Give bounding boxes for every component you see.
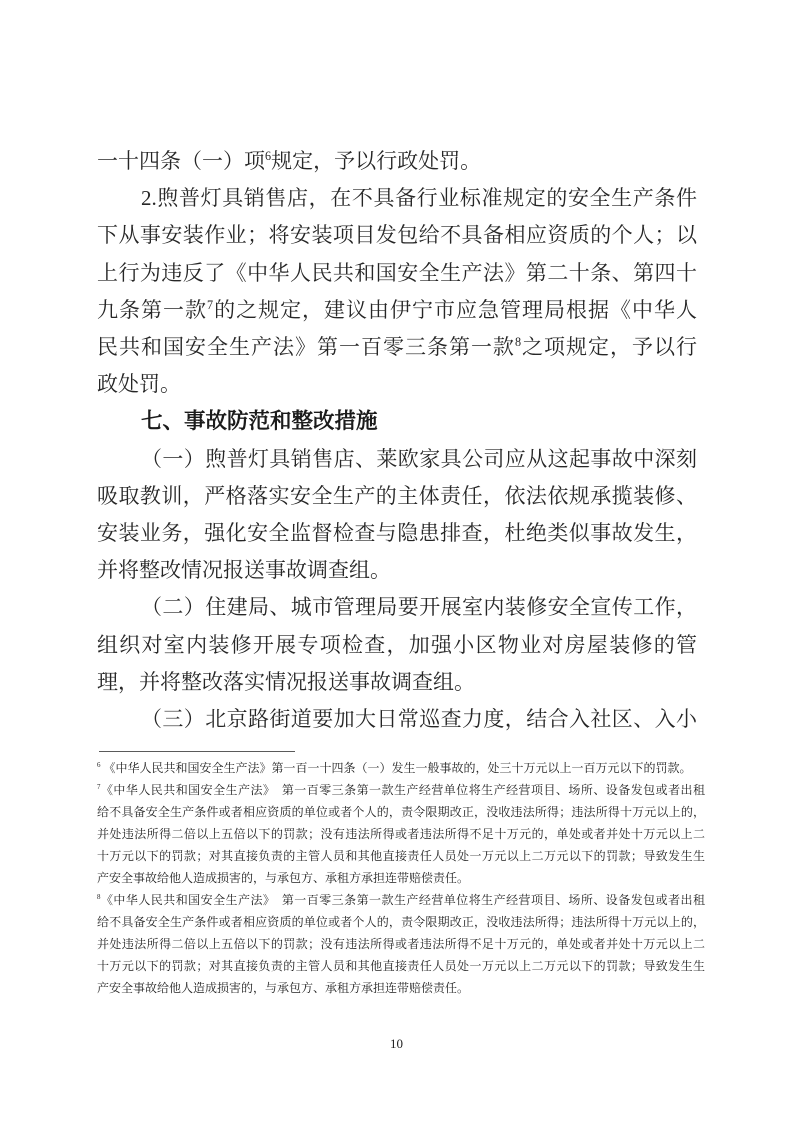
body-text-line: 民共和国安全生产法》第一百零三条第一款8之项规定，予以行: [97, 329, 697, 366]
footnotes-section: 6 《中华人民共和国安全生产法》第一百一十四条（一）发生一般事故的，处三十万元以…: [97, 757, 705, 999]
body-text-line: 理，并将整改落实情况报送事故调查组。: [97, 664, 697, 701]
footnote: 7《中华人民共和国安全生产法》 第一百零三条第一款生产经营单位将生产经营项目、场…: [97, 779, 705, 889]
footnote-line: 产安全事故给他人造成损害的，与承包方、承租方承担连带赔偿责任。: [97, 867, 705, 889]
body-text-line: 一十四条（一）项6规定，予以行政处罚。: [97, 143, 697, 180]
footnote-marker: 8: [97, 893, 100, 901]
body-text-line: 上行为违反了《中华人民共和国安全生产法》第二十条、第四十: [97, 255, 697, 292]
footnote: 6 《中华人民共和国安全生产法》第一百一十四条（一）发生一般事故的，处三十万元以…: [97, 757, 705, 779]
body-text-line: 吸取教训，严格落实安全生产的主体责任，依法依规承揽装修、: [97, 478, 697, 515]
footnote-line: 给不具备安全生产条件或者相应资质的单位或者个人的，责令限期改正，没收违法所得；违…: [97, 911, 705, 933]
page-number: 10: [0, 1036, 793, 1052]
footnote-line: 并处违法所得二倍以上五倍以下的罚款；没有违法所得或者违法所得不足十万元的，单处或…: [97, 933, 705, 955]
footnote-line: 8《中华人民共和国安全生产法》 第一百零三条第一款生产经营单位将生产经营项目、场…: [97, 889, 705, 911]
document-page: 一十四条（一）项6规定，予以行政处罚。2.煦普灯具销售店，在不具备行业标准规定的…: [0, 0, 793, 1122]
footnote-marker: 6: [265, 149, 271, 163]
section-heading: 七、事故防范和整改措施: [97, 403, 697, 440]
body-text-line: （一）煦普灯具销售店、莱欧家具公司应从这起事故中深刻: [97, 441, 697, 478]
body-text-line: 组织对室内装修开展专项检查，加强小区物业对房屋装修的管: [97, 627, 697, 664]
footnote-line: 6 《中华人民共和国安全生产法》第一百一十四条（一）发生一般事故的，处三十万元以…: [97, 757, 705, 779]
body-text-line: 安装业务，强化安全监督检查与隐患排查，杜绝类似事故发生，: [97, 515, 697, 552]
body-text-line: 政处罚。: [97, 366, 697, 403]
footnote-line: 十万元以下的罚款；对其直接负责的主管人员和其他直接责任人员处一万元以上二万元以下…: [97, 845, 705, 867]
main-text-block: 一十四条（一）项6规定，予以行政处罚。2.煦普灯具销售店，在不具备行业标准规定的…: [97, 143, 697, 738]
footnote-line: 给不具备安全生产条件或者相应资质的单位或者个人的，责令限期改正，没收违法所得；违…: [97, 801, 705, 823]
footnote-marker: 8: [515, 335, 521, 349]
footnote-marker: 7: [207, 298, 213, 312]
body-text-line: （三）北京路街道要加大日常巡查力度，结合入社区、入小: [97, 701, 697, 738]
footnote-line: 产安全事故给他人造成损害的，与承包方、承租方承担连带赔偿责任。: [97, 977, 705, 999]
body-text-line: 下从事安装作业；将安装项目发包给不具备相应资质的个人；以: [97, 217, 697, 254]
footnote-marker: 6: [97, 761, 100, 769]
footnote-separator: [99, 751, 295, 752]
body-text-line: （二）住建局、城市管理局要开展室内装修安全宣传工作，: [97, 589, 697, 626]
body-text-line: 并将整改情况报送事故调查组。: [97, 552, 697, 589]
footnote-line: 十万元以下的罚款；对其直接负责的主管人员和其他直接责任人员处一万元以上二万元以下…: [97, 955, 705, 977]
footnote: 8《中华人民共和国安全生产法》 第一百零三条第一款生产经营单位将生产经营项目、场…: [97, 889, 705, 999]
body-text-line: 九条第一款7的之规定，建议由伊宁市应急管理局根据《中华人: [97, 292, 697, 329]
footnote-line: 7《中华人民共和国安全生产法》 第一百零三条第一款生产经营单位将生产经营项目、场…: [97, 779, 705, 801]
body-text-line: 2.煦普灯具销售店，在不具备行业标准规定的安全生产条件: [97, 180, 697, 217]
footnote-marker: 7: [97, 783, 100, 791]
footnote-line: 并处违法所得二倍以上五倍以下的罚款；没有违法所得或者违法所得不足十万元的，单处或…: [97, 823, 705, 845]
